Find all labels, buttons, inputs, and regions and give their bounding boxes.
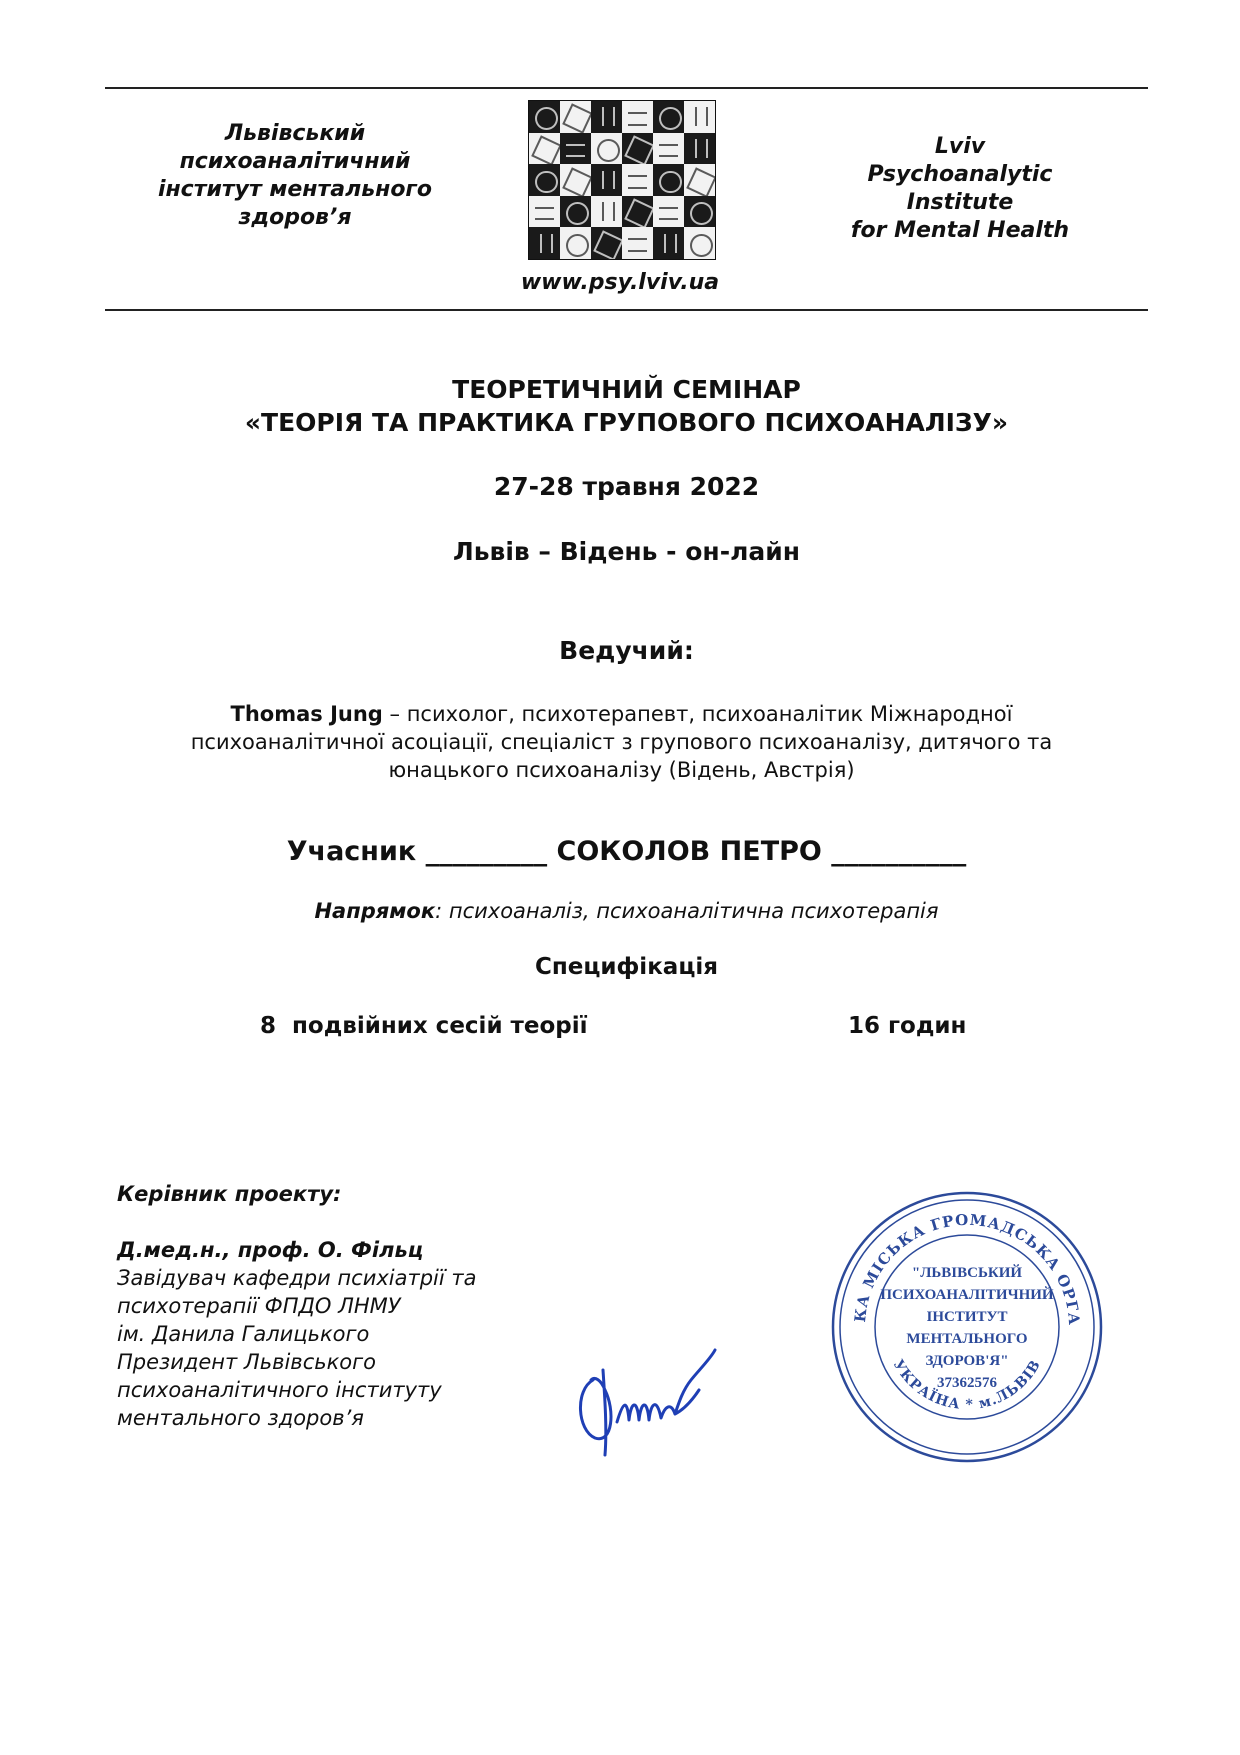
direction-line: Напрямок: психоаналіз, психоаналітична п…: [105, 899, 1148, 923]
header-top-rule: [105, 87, 1148, 89]
stamp-inner-line: 37362576: [937, 1375, 998, 1391]
organization-stamp-icon: ЛЬВІВСЬКА МІСЬКА ГРОМАДСЬКА ОРГАНІЗАЦІЯ …: [825, 1185, 1110, 1470]
logo-tile: [591, 101, 622, 133]
specification-sessions: 8подвійних сесій теорії: [260, 1013, 588, 1039]
logo-tile: [653, 227, 684, 259]
seminar-dates: 27-28 травня 2022: [105, 472, 1148, 501]
project-leader-position: психоаналітичного інституту: [117, 1376, 537, 1404]
logo-tile: [684, 133, 715, 165]
logo-tile: [529, 164, 560, 196]
institute-name-en-line: for Mental Health: [820, 217, 1100, 245]
logo-tile: [560, 101, 591, 133]
seminar-location: Львів – Відень - он-лайн: [105, 537, 1148, 566]
participant-label: Учасник: [287, 836, 416, 867]
seminar-title-line2: «ТЕОРІЯ ТА ПРАКТИКА ГРУПОВОГО ПСИХОАНАЛІ…: [105, 408, 1148, 437]
institute-name-ua-line: психоаналітичний: [130, 148, 460, 176]
participant-blank-before: _________: [426, 836, 548, 867]
logo-tile: [622, 133, 653, 165]
participant-line: Учасник _________ СОКОЛОВ ПЕТРО ________…: [105, 836, 1148, 867]
logo-tile: [591, 164, 622, 196]
logo-tile: [529, 196, 560, 228]
signature-icon: [565, 1310, 735, 1460]
seminar-title-line1: ТЕОРЕТИЧНИЙ СЕМІНАР: [105, 375, 1148, 404]
header-bottom-rule: [105, 309, 1148, 311]
participant-name: СОКОЛОВ ПЕТРО: [557, 836, 822, 867]
logo-tile: [653, 133, 684, 165]
svg-text:ЛЬВІВСЬКА МІСЬКА ГРОМАДСЬКА ОР: ЛЬВІВСЬКА МІСЬКА ГРОМАДСЬКА ОРГАНІЗАЦІЯ: [825, 1185, 1083, 1326]
stamp-outer-text: ЛЬВІВСЬКА МІСЬКА ГРОМАДСЬКА ОРГАНІЗАЦІЯ: [825, 1185, 1083, 1326]
stamp-inner-line: "ЛЬВІВСЬКИЙ: [912, 1264, 1023, 1281]
institute-name-ua-line: інститут ментального: [130, 176, 460, 204]
logo-tile: [622, 227, 653, 259]
logo-tile: [591, 227, 622, 259]
logo-tile: [560, 227, 591, 259]
project-leader-position: Завідувач кафедри психіатрії та: [117, 1264, 537, 1292]
institute-name-ukrainian: Львівський психоаналітичний інститут мен…: [130, 120, 460, 232]
logo-tile: [529, 133, 560, 165]
project-leader-position: психотерапії ФПДО ЛНМУ: [117, 1292, 537, 1320]
direction-label: Напрямок: [314, 899, 435, 923]
logo-tile: [684, 101, 715, 133]
abstract-mosaic-logo-icon: [528, 100, 716, 260]
institute-name-en-line: Institute: [820, 189, 1100, 217]
logo-tile: [560, 196, 591, 228]
institute-name-english: Lviv Psychoanalytic Institute for Mental…: [820, 133, 1100, 245]
project-leader-position: ментального здоров’я: [117, 1404, 537, 1432]
logo-tile: [560, 164, 591, 196]
specification-hours: 16 годин: [848, 1013, 966, 1039]
logo-tile: [684, 227, 715, 259]
institute-name-en-line: Psychoanalytic: [820, 161, 1100, 189]
logo-tile: [622, 164, 653, 196]
stamp-inner-line: ПСИХОАНАЛІТИЧНИЙ: [880, 1286, 1054, 1303]
logo-tile: [622, 101, 653, 133]
project-leader-label: Керівник проекту:: [117, 1180, 537, 1208]
logo-tile: [684, 196, 715, 228]
logo-tile: [529, 227, 560, 259]
stamp-inner-line: ЗДОРОВ'Я": [925, 1353, 1008, 1369]
host-label: Ведучий:: [105, 636, 1148, 665]
stamp-inner-line: МЕНТАЛЬНОГО: [906, 1331, 1027, 1347]
logo-tile: [591, 196, 622, 228]
stamp-inner-line: ІНСТИТУТ: [926, 1309, 1007, 1325]
website-url: www.psy.lviv.ua: [470, 270, 770, 295]
logo-tile: [560, 133, 591, 165]
logo-tile: [653, 164, 684, 196]
logo-tile: [622, 196, 653, 228]
institute-name-en-line: Lviv: [820, 133, 1100, 161]
project-leader-position: ім. Данила Галицького: [117, 1320, 537, 1348]
sessions-text: подвійних сесій теорії: [292, 1013, 588, 1039]
logo-tile: [653, 101, 684, 133]
participant-blank-after: __________: [831, 836, 966, 867]
project-leader-position: Президент Львівського: [117, 1348, 537, 1376]
institute-name-ua-line: Львівський: [130, 120, 460, 148]
logo-tile: [653, 196, 684, 228]
host-description: Thomas Jung – психолог, психотерапевт, п…: [150, 700, 1093, 784]
specification-label: Специфікація: [105, 954, 1148, 980]
institute-name-ua-line: здоров’я: [130, 204, 460, 232]
host-name: Thomas Jung: [231, 702, 383, 726]
direction-value: : психоаналіз, психоаналітична психотера…: [435, 899, 938, 923]
project-leader-name: Д.мед.н., проф. О. Фільц: [117, 1236, 537, 1264]
project-leader-block: Керівник проекту: Д.мед.н., проф. О. Філ…: [117, 1180, 537, 1432]
logo-tile: [591, 133, 622, 165]
logo-tile: [684, 164, 715, 196]
logo-tile: [529, 101, 560, 133]
sessions-count: 8: [260, 1013, 276, 1039]
